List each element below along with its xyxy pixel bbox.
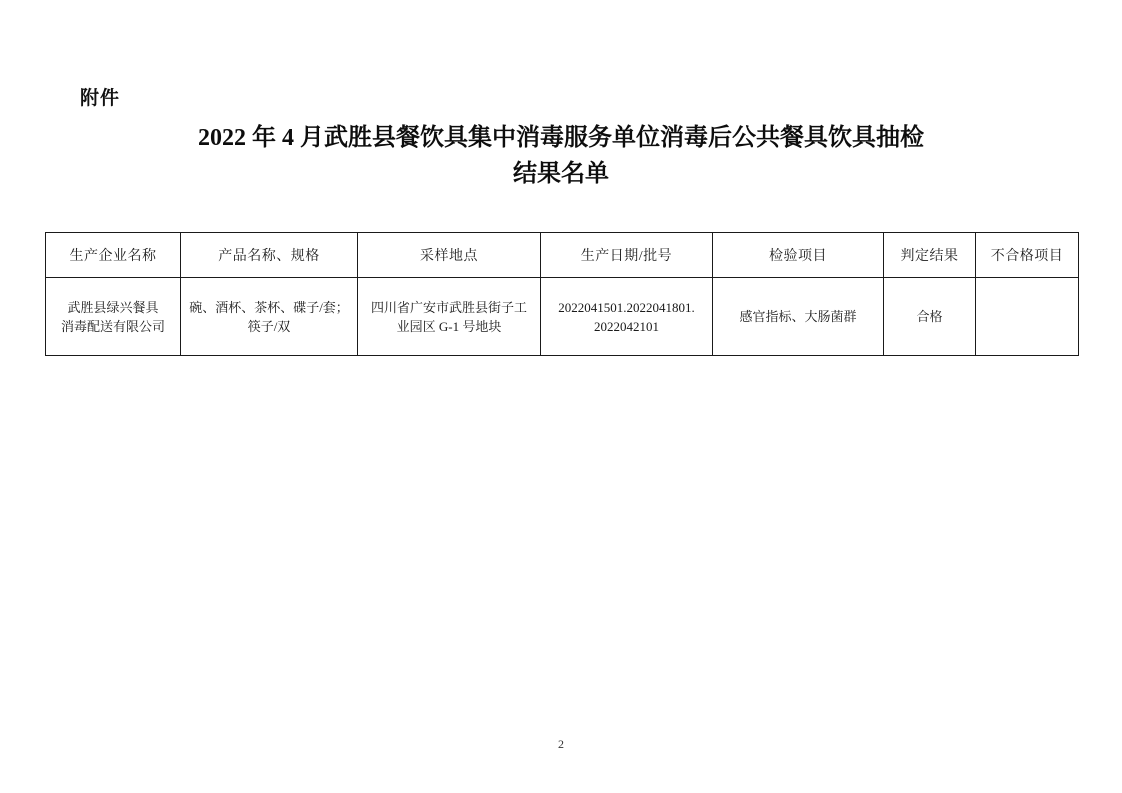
cell-test-items: 感官指标、大肠菌群	[713, 278, 884, 356]
cell-production-date-batch: 2022041501.2022041801. 2022042101	[541, 278, 713, 356]
inspection-results-table: 生产企业名称 产品名称、规格 采样地点 生产日期/批号 检验项目 判定结果 不合…	[45, 232, 1079, 356]
document-title-line-2: 结果名单	[0, 156, 1122, 192]
header-sampling-location: 采样地点	[358, 233, 541, 278]
cell-company-name: 武胜县绿兴餐具 消毒配送有限公司	[46, 278, 181, 356]
document-page: 附件 2022 年 4 月武胜县餐饮具集中消毒服务单位消毒后公共餐具饮具抽检 结…	[0, 0, 1122, 793]
cell-product-name-spec: 碗、酒杯、茶杯、碟子/套； 筷子/双	[181, 278, 358, 356]
header-judgment-result: 判定结果	[884, 233, 976, 278]
header-product-name-spec: 产品名称、规格	[181, 233, 358, 278]
page-number: 2	[0, 737, 1122, 752]
document-title: 2022 年 4 月武胜县餐饮具集中消毒服务单位消毒后公共餐具饮具抽检 结果名单	[0, 120, 1122, 192]
attachment-label: 附件	[80, 83, 120, 110]
header-company-name: 生产企业名称	[46, 233, 181, 278]
cell-failed-items	[976, 278, 1079, 356]
header-failed-items: 不合格项目	[976, 233, 1079, 278]
header-production-date-batch: 生产日期/批号	[541, 233, 713, 278]
header-test-items: 检验项目	[713, 233, 884, 278]
table-header-row: 生产企业名称 产品名称、规格 采样地点 生产日期/批号 检验项目 判定结果 不合…	[46, 233, 1079, 278]
table-row: 武胜县绿兴餐具 消毒配送有限公司 碗、酒杯、茶杯、碟子/套； 筷子/双 四川省广…	[46, 278, 1079, 356]
cell-sampling-location: 四川省广安市武胜县街子工 业园区 G-1 号地块	[358, 278, 541, 356]
document-title-line-1: 2022 年 4 月武胜县餐饮具集中消毒服务单位消毒后公共餐具饮具抽检	[0, 120, 1122, 156]
cell-judgment-result: 合格	[884, 278, 976, 356]
